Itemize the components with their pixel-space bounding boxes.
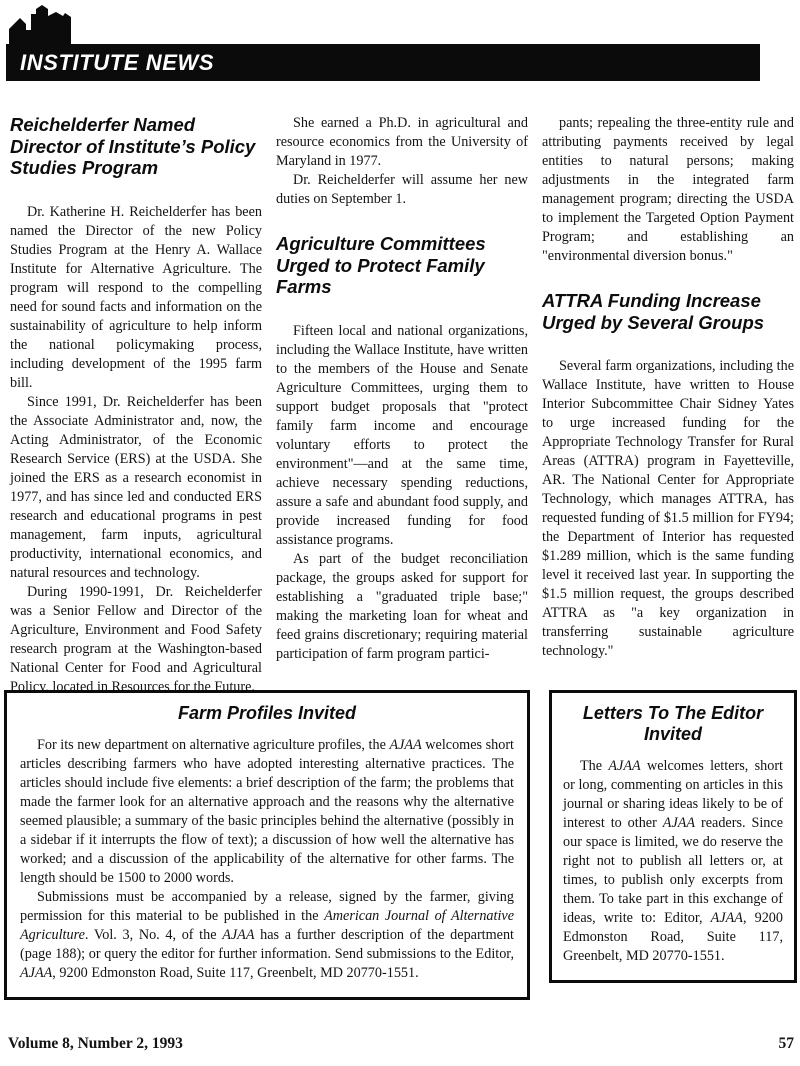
- paragraph: Fifteen local and national organizations…: [276, 322, 528, 550]
- paragraph: Submissions must be accompanied by a rel…: [20, 888, 514, 983]
- farm-profiles-box: Farm Profiles Invited For its new depart…: [4, 690, 530, 1000]
- article-title-agriculture-committees: Agriculture Committees Urged to Protect …: [276, 233, 528, 298]
- paragraph: The AJAA welcomes letters, short or long…: [563, 757, 783, 966]
- article-title-reichelderfer: Reichelderfer Named Director of Institut…: [10, 114, 262, 179]
- paragraph: She earned a Ph.D. in agricultural and r…: [276, 114, 528, 171]
- paragraph: Dr. Katherine H. Reichelderfer has been …: [10, 203, 262, 393]
- footer-issue-label: Volume 8, Number 2, 1993: [8, 1035, 183, 1053]
- section-banner-title: INSTITUTE NEWS: [6, 50, 214, 76]
- farmstead-silhouette-icon: [8, 3, 80, 46]
- paragraph: Several farm organizations, including th…: [542, 357, 794, 661]
- section-banner: INSTITUTE NEWS: [6, 44, 760, 81]
- letters-to-editor-box: Letters To The Editor Invited The AJAA w…: [549, 690, 797, 983]
- paragraph: As part of the budget reconciliation pac…: [276, 550, 528, 664]
- paragraph: Since 1991, Dr. Reichelderfer has been t…: [10, 393, 262, 583]
- column-2: She earned a Ph.D. in agricultural and r…: [276, 114, 528, 697]
- footer-page-number: 57: [779, 1035, 795, 1053]
- letters-to-editor-box-title: Letters To The Editor Invited: [563, 703, 783, 745]
- paragraph: Dr. Reichelderfer will assume her new du…: [276, 171, 528, 209]
- paragraph: pants; repealing the three-entity rule a…: [542, 114, 794, 266]
- article-columns: Reichelderfer Named Director of Institut…: [10, 114, 794, 697]
- paragraph: During 1990-1991, Dr. Reichelderfer was …: [10, 583, 262, 697]
- column-3: pants; repealing the three-entity rule a…: [542, 114, 794, 697]
- paragraph: For its new department on alternative ag…: [20, 736, 514, 888]
- article-title-attra-funding: ATTRA Funding Increase Urged by Several …: [542, 290, 794, 333]
- column-1: Reichelderfer Named Director of Institut…: [10, 114, 262, 697]
- farm-profiles-box-title: Farm Profiles Invited: [20, 703, 514, 724]
